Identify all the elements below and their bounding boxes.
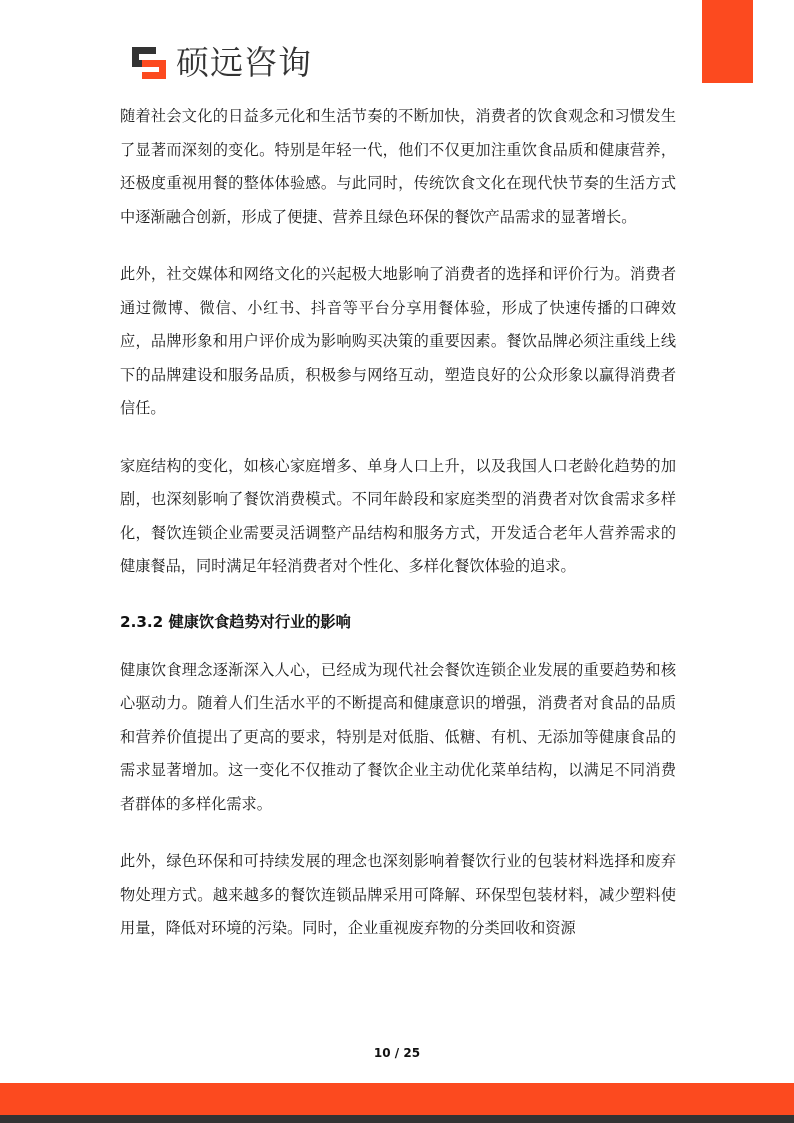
company-logo: 硕远咨询: [130, 42, 312, 84]
paragraph-healthy-diet: 健康饮食理念逐渐深入人心，已经成为现代社会餐饮连锁企业发展的重要趋势和核心驱动力…: [120, 654, 676, 822]
footer-accent-band: [0, 1083, 794, 1115]
section-heading: 2.3.2 健康饮食趋势对行业的影响: [120, 608, 676, 636]
logo-text: 硕远咨询: [176, 42, 312, 84]
corner-accent-block: [702, 0, 753, 83]
page-number: 10 / 25: [0, 1046, 794, 1060]
paragraph-family-structure: 家庭结构的变化，如核心家庭增多、单身人口上升，以及我国人口老龄化趋势的加剧，也深…: [120, 450, 676, 584]
document-body: 随着社会文化的日益多元化和生活节奏的不断加快，消费者的饮食观念和习惯发生了显著而…: [120, 100, 676, 970]
paragraph-consumer-trends: 随着社会文化的日益多元化和生活节奏的不断加快，消费者的饮食观念和习惯发生了显著而…: [120, 100, 676, 234]
paragraph-social-media: 此外，社交媒体和网络文化的兴起极大地影响了消费者的选择和评价行为。消费者通过微博…: [120, 258, 676, 426]
logo-mark-icon: [130, 45, 168, 81]
footer-dark-band: [0, 1115, 794, 1123]
paragraph-environmental: 此外，绿色环保和可持续发展的理念也深刻影响着餐饮行业的包装材料选择和废弃物处理方…: [120, 845, 676, 946]
